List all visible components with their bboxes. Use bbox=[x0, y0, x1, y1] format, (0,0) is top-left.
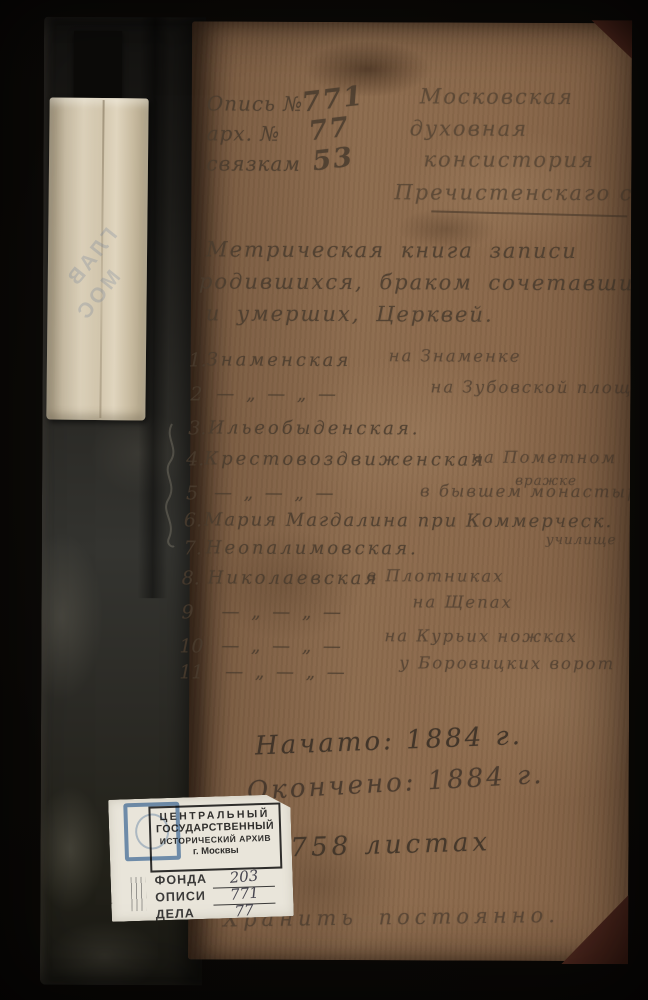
church-row: 7. Неопалимовская. bbox=[182, 537, 632, 567]
title-line1: Метрическая книга записи bbox=[206, 237, 578, 263]
church-row: 5 — „ — „ — в бывшем монастыре bbox=[182, 482, 632, 512]
printer-imprint bbox=[131, 877, 147, 911]
church-location: на Курьих ножках bbox=[384, 626, 578, 646]
church-name: — „ — „ — bbox=[214, 482, 337, 504]
church-num: 9 bbox=[181, 601, 193, 623]
bundle-label: связкам bbox=[206, 151, 301, 175]
church-row: 11 — „ — „ — у Боровицких ворот bbox=[181, 661, 632, 691]
inventory-note-block: Опись № 771 арх. № 77 связкам 53 bbox=[44, 13, 632, 16]
church-location: на Знаменке bbox=[389, 346, 522, 366]
church-row: 3. Ильеобыденская. bbox=[182, 417, 632, 447]
bundle-value: 53 bbox=[311, 142, 356, 178]
inventory-line-opis: Опись № 771 bbox=[207, 91, 304, 115]
church-name: Ильеобыденская. bbox=[208, 417, 420, 439]
church-location: в бывшем монастыре bbox=[420, 481, 632, 501]
church-num: 3. bbox=[188, 417, 206, 439]
date-started: Начато: 1884 г. bbox=[254, 721, 523, 761]
consistory-heading: Московская духовная консистория Пречисте… bbox=[44, 13, 632, 16]
metric-book-title: Метрическая книга записи родившихся, бра… bbox=[44, 13, 632, 16]
church-location: у Боровицких ворот bbox=[399, 653, 615, 673]
church-name: — „ — „ — bbox=[221, 636, 344, 658]
paper-strip: ГЛАВ МОС bbox=[46, 97, 148, 420]
consistory-line1: Московская bbox=[420, 84, 574, 109]
title-line3: и умерших, Церквей. bbox=[206, 301, 494, 326]
church-row: 2 — „ — „ — на Зубовской площади bbox=[182, 383, 632, 413]
inventory-line-bundle: связкам 53 bbox=[206, 151, 301, 175]
church-name: — „ — „ — bbox=[216, 383, 339, 405]
church-location: на Щепах bbox=[413, 592, 513, 611]
church-name: — „ — „ — bbox=[221, 602, 344, 624]
consistory-underline bbox=[431, 210, 627, 217]
consistory-line3: консистория bbox=[423, 147, 595, 172]
church-location: на Пометном bbox=[471, 448, 617, 468]
consistory-line2: духовная bbox=[410, 116, 529, 141]
sheets-note: 758 листах bbox=[290, 827, 491, 863]
church-num: 1. bbox=[189, 349, 207, 371]
church-name: Неопалимовская. bbox=[206, 537, 419, 559]
church-row: 1. Знаменская на Знаменке bbox=[183, 349, 633, 379]
date-finished: Окончено: 1884 г. bbox=[246, 760, 545, 807]
church-num: 4. bbox=[186, 448, 204, 470]
church-num: 10 bbox=[179, 635, 203, 657]
church-list: 1. Знаменская на Знаменке 2 — „ — „ — на… bbox=[44, 13, 632, 16]
church-num: 2 bbox=[190, 383, 202, 405]
church-location: в Плотниках bbox=[367, 566, 505, 586]
arch-label: арх. № bbox=[207, 121, 281, 145]
church-row: 8. Николаевская в Плотниках bbox=[182, 567, 633, 597]
church-num: 11 bbox=[179, 661, 203, 683]
church-num: 8. bbox=[182, 567, 200, 589]
consistory-line4: Пречистенскаго сор. bbox=[394, 180, 632, 205]
inventory-line-arch: арх. № 77 bbox=[207, 121, 281, 145]
church-name: Знаменская bbox=[207, 349, 352, 371]
church-name: — „ — „ — bbox=[225, 662, 348, 684]
opis-label: Опись № bbox=[207, 91, 304, 115]
church-name: Николаевская bbox=[208, 567, 380, 589]
blue-ink-stamp bbox=[123, 802, 181, 862]
church-name: Мария Магдалина при Коммерческ. bbox=[204, 509, 613, 532]
church-name: Крестовоздвиженская bbox=[204, 448, 486, 470]
book-cover-photo: Опись № 771 арх. № 77 связкам 53 Московс… bbox=[0, 0, 648, 1000]
title-line2: родившихся, браком сочетавшихся bbox=[199, 269, 632, 295]
church-location: на Зубовской площади bbox=[430, 377, 632, 397]
pencil-scribble bbox=[156, 420, 188, 550]
archive-label: ЦЕНТРАЛЬНЫЙ ГОСУДАРСТВЕННЫЙ ИСТОРИЧЕСКИЙ… bbox=[108, 794, 294, 922]
